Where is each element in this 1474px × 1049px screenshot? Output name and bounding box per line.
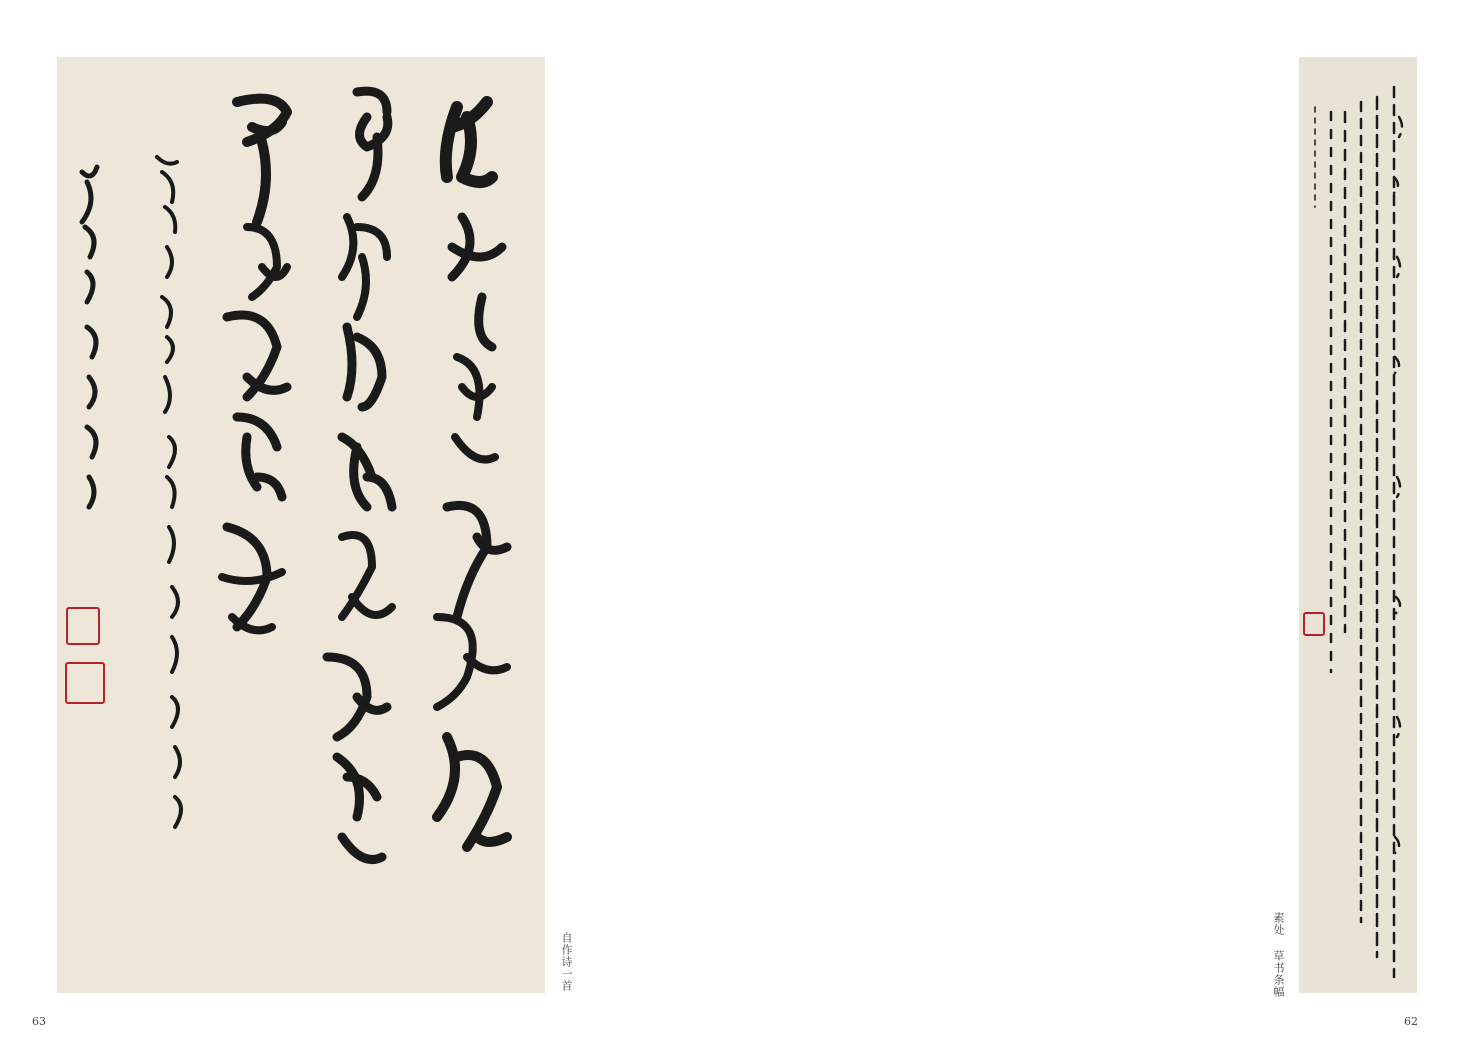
right-calligraphy-scroll bbox=[1299, 57, 1417, 993]
left-calligraphy-artwork bbox=[57, 57, 545, 993]
calligraphy-strokes-right bbox=[1299, 57, 1417, 993]
calligraphy-strokes-left bbox=[57, 57, 545, 993]
right-artwork-caption: 素处 草书条幅 bbox=[1272, 912, 1284, 998]
left-artwork-caption: 自作诗一首 bbox=[560, 932, 572, 992]
artist-seal bbox=[1303, 612, 1325, 636]
page-number-left: 63 bbox=[32, 1015, 46, 1028]
page-number-right: 62 bbox=[1404, 1015, 1418, 1028]
artist-seal-bottom bbox=[65, 662, 105, 704]
artist-seal-top bbox=[66, 607, 100, 645]
